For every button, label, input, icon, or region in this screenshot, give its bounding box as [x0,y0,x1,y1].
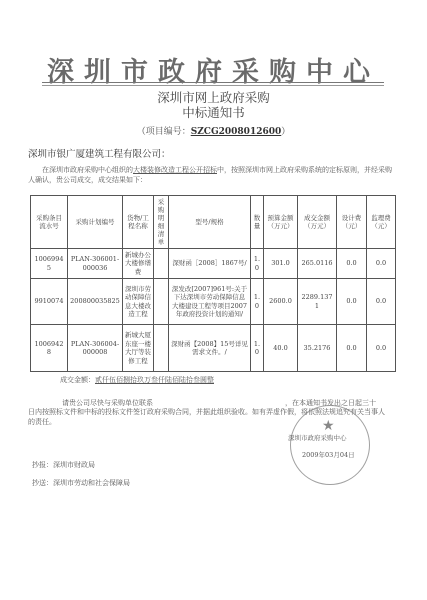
deal-amount: 成交金额：贰仟伍佰捌拾玖万叁仟陆佰陆拾叁圆整 [60,375,214,385]
cc-send: 抄送：深圳市劳动和社会保障局 [32,478,130,488]
deal-amount-value: 贰仟伍佰捌拾玖万叁仟陆佰陆拾叁圆整 [95,376,214,384]
cell-budget: 301.0 [264,249,298,279]
cc-report: 抄报：深圳市财政局 [32,460,95,470]
col-header-qty: 数量 [251,196,264,249]
col-header-budget: 预算金额（万元） [264,196,298,249]
cell-serial: 10069945 [31,249,68,279]
cell-budget: 2600.0 [264,279,298,325]
col-header-design-fee: 设计费（元） [337,196,367,249]
cell-name: 新城办公大楼修缮费 [123,249,154,279]
cell-name: 新城大厦东座一楼大厅等装修工程 [123,325,154,372]
project-number-code: SZCG2008012600 [191,127,282,137]
cell-plan-no: 200800035825 [68,279,123,325]
deal-amount-label: 成交金额： [60,376,95,384]
header-divider-thin [42,85,384,86]
col-header-detail: 采购明细清单 [154,196,169,249]
project-number: （项目编号：SZCG2008012600） [0,124,427,137]
seal-star-icon: ★ [322,418,335,434]
project-number-close: ） [281,127,290,137]
table-row: 10069428 PLAN-306004-000008 新城大厦东座一楼大厅等装… [31,325,396,372]
col-header-detail-text: 采购明细清单 [157,198,165,246]
cc-send-to: 深圳市劳动和社会保障局 [53,479,130,487]
cell-detail [154,279,169,325]
cell-budget: 40.0 [264,325,298,372]
col-header-spec: 型号/规格 [169,196,251,249]
cell-spec: 深财函［2008］1867号/ [169,249,251,279]
header-divider [42,82,384,83]
cell-spec: 深财函【2008】15号详见需求文件。/ [169,325,251,372]
cell-design-fee: 0.0 [337,249,367,279]
cell-design-fee: 0.0 [337,325,367,372]
intro-text-1: 在深圳市政府采购中心组织的 [42,166,133,174]
cell-supervision-fee: 0.0 [367,249,396,279]
cell-plan-no: PLAN-306001-000036 [68,249,123,279]
cell-qty: 1.0 [251,279,264,325]
cell-deal: 35.2176 [298,325,337,372]
cell-detail [154,249,169,279]
col-header-plan-no: 采购计划编号 [68,196,123,249]
col-header-supervision-fee: 监理费（元） [367,196,396,249]
intro-paragraph: 在深圳市政府采购中心组织的大楼装修改造工程公开招标中，按照深圳市网上政府采购系统… [28,165,398,185]
cell-serial: 10069428 [31,325,68,372]
project-name: 大楼装修改造工程公开招标 [133,166,217,174]
cell-name: 深圳市劳动保障信息大楼改造工程 [123,279,154,325]
cell-design-fee: 0.0 [337,279,367,325]
col-header-qty-text: 数量 [253,214,261,230]
cell-plan-no: PLAN-306004-000008 [68,325,123,372]
cell-qty: 1.0 [251,325,264,372]
contact-text-3: 的责任。 [28,417,56,427]
cc-report-label: 抄报： [32,461,53,469]
seal-org-name: 深圳市政府采购中心 [288,433,347,442]
cell-spec: 深发改[2007]961号:关于下达深圳市劳动保障信息大楼建设工程等项目2007… [169,279,251,325]
document-title: 中标通知书 [0,103,427,121]
results-table: 采购条目流水号 采购计划编号 货物/工程名称 采购明细清单 型号/规格 数量 预… [30,195,396,372]
col-header-serial: 采购条目流水号 [31,196,68,249]
table-row: 9910074 200800035825 深圳市劳动保障信息大楼改造工程 深发改… [31,279,396,325]
table-row: 10069945 PLAN-306001-000036 新城办公大楼修缮费 深财… [31,249,396,279]
org-title: 深圳市政府采购中心 [0,50,427,89]
cell-supervision-fee: 0.0 [367,279,396,325]
cell-qty: 1.0 [251,249,264,279]
project-number-label: （项目编号： [137,127,191,137]
cell-supervision-fee: 0.0 [367,325,396,372]
recipient: 深圳市银广厦建筑工程有限公司： [28,146,171,160]
cc-report-to: 深圳市财政局 [53,461,95,469]
cc-send-label: 抄送： [32,479,53,487]
col-header-name: 货物/工程名称 [123,196,154,249]
official-seal [290,405,370,485]
cell-deal: 265.0116 [298,249,337,279]
seal-date: 2009年03月04日 [302,450,355,459]
col-header-deal: 成交金额（万元） [298,196,337,249]
cell-deal: 2289.1371 [298,279,337,325]
cell-serial: 9910074 [31,279,68,325]
cell-detail [154,325,169,372]
table-header-row: 采购条目流水号 采购计划编号 货物/工程名称 采购明细清单 型号/规格 数量 预… [31,196,396,249]
